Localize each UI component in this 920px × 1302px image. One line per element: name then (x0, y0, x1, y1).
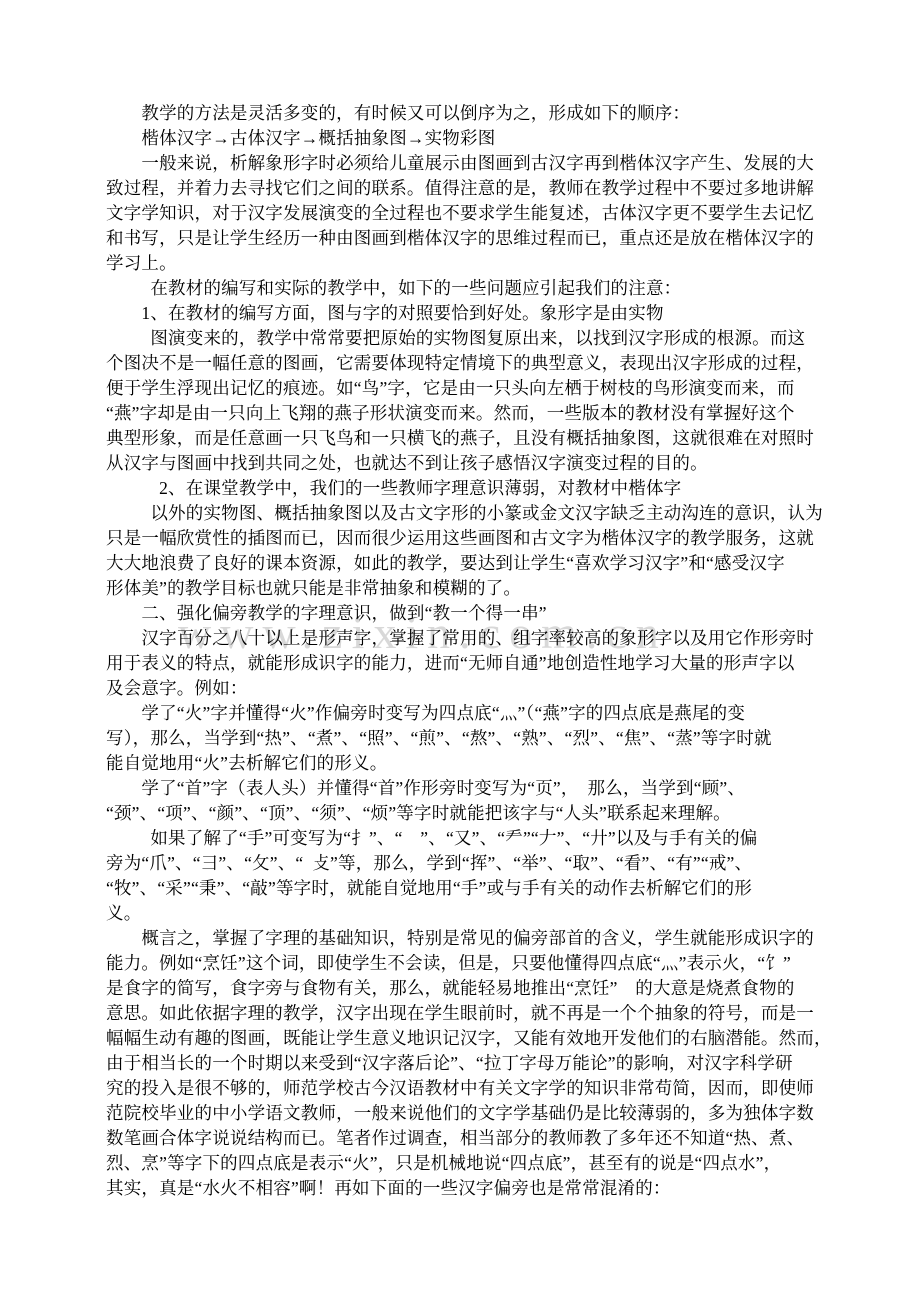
text-line: 概言之，掌握了字理的基础知识，特别是常见的偏旁部首的含义，学生就能形成识字的 (106, 926, 818, 951)
text-line: 烈、烹”等字下的四点底是表示“火”，只是机械地说“四点底”，甚至有的说是“四点水… (106, 1151, 818, 1176)
text-line: 2、在课堂教学中，我们的一些教师字理意识薄弱，对教材中楷体字 (106, 476, 818, 501)
text-line: 以外的实物图、概括抽象图以及古文字形的小篆或金文汉字缺乏主动沟连的意识，认为 (106, 501, 818, 526)
text-line: 意思。如此依据字理的教学，汉字出现在学生眼前时，就不再是一个个抽象的符号，而是一 (106, 1001, 818, 1026)
text-line: 究的投入是很不够的，师范学校古今汉语教材中有关文字学的知识非常苟简，因而，即使师 (106, 1076, 818, 1101)
text-line: 能自觉地用“火”去析解它们的形义。 (106, 751, 818, 776)
text-line: 致过程，并着力去寻找它们之间的联系。值得注意的是，教师在教学过程中不要过多地讲解 (106, 176, 818, 201)
text-line: “颈”、“项”、“颜”、“顶”、“须”、“烦”等字时就能把该字与“人头”联系起来… (106, 801, 818, 826)
text-line: 学习上。 (106, 251, 818, 276)
text-line: 用于表义的特点，就能形成识字的能力，进而“无师自通”地创造性地学习大量的形声字以 (106, 651, 818, 676)
text-line: 其实，真是“水火不相容”啊！再如下面的一些汉字偏旁也是常常混淆的： (106, 1176, 818, 1201)
text-line: 形体美”的教学目标也就只能是非常抽象和模糊的了。 (106, 576, 818, 601)
text-line: 学了“火”字并懂得“火”作偏旁时变写为四点底“灬”（“燕”字的四点底是燕尾的变 (106, 701, 818, 726)
document-page: www.zixin.com.cn 教学的方法是灵活多变的，有时候又可以倒序为之，… (0, 0, 920, 1302)
text-line: 1、在教材的编写方面，图与字的对照要恰到好处。象形字是由实物 (106, 301, 818, 326)
text-line: 从汉字与图画中找到共同之处，也就达不到让孩子感悟汉字演变过程的目的。 (106, 451, 818, 476)
document-content: 教学的方法是灵活多变的，有时候又可以倒序为之，形成如下的顺序： 楷体汉字→古体汉… (106, 101, 818, 1201)
text-line: 旁为“爪”、“彐”、“攵”、“ 攴”等，那么，学到“挥”、“举”、“取”、“看”… (106, 851, 818, 876)
text-line: 一般来说，析解象形字时必须给儿童展示由图画到古汉字再到楷体汉字产生、发展的大 (106, 151, 818, 176)
text-line: 学了“首”字（表人头）并懂得“首”作形旁时变写为“页”， 那么，当学到“顾”、 (106, 776, 818, 801)
text-line: 幅幅生动有趣的图画，既能让学生意义地识记汉字，又能有效地开发他们的右脑潜能。然而… (106, 1026, 818, 1051)
text-line: “牧”、“采”“秉”、“敲”等字时，就能自觉地用“手”或与手有关的动作去析解它们… (106, 876, 818, 901)
text-line: 是食字的简写，食字旁与食物有关，那么，就能轻易地推出“烹饪” 的大意是烧煮食物的 (106, 976, 818, 1001)
text-line: 能力。例如“烹饪”这个词，即使学生不会读，但是，只要他懂得四点底“灬”表示火，“… (106, 951, 818, 976)
text-line: 二、强化偏旁教学的字理意识，做到“教一个得一串” (106, 601, 818, 626)
text-line: 教学的方法是灵活多变的，有时候又可以倒序为之，形成如下的顺序： (106, 101, 818, 126)
text-line: 大大地浪费了良好的课本资源，如此的教学，要达到让学生“喜欢学习汉字”和“感受汉字 (106, 551, 818, 576)
text-line: 义。 (106, 901, 818, 926)
text-line: 图演变来的，教学中常常要把原始的实物图复原出来，以找到汉字形成的根源。而这 (106, 326, 818, 351)
text-line: 写），那么，当学到“热”、“煮”、“照”、“煎”、“熬”、“熟”、“烈”、“焦”… (106, 726, 818, 751)
text-line: 如果了解了“手”可变写为“扌”、“ ”、“又”、“龵”“𠂇”、“廾”以及与手有关… (106, 826, 818, 851)
text-line: 个图决不是一幅任意的图画，它需要体现特定情境下的典型意义，表现出汉字形成的过程， (106, 351, 818, 376)
text-line: 楷体汉字→古体汉字→概括抽象图→实物彩图 (106, 126, 818, 151)
text-line: 文字学知识，对于汉字发展演变的全过程也不要求学生能复述，古体汉字更不要学生去记忆 (106, 201, 818, 226)
text-line: 及会意字。例如： (106, 676, 818, 701)
text-line: 只是一幅欣赏性的插图而已，因而很少运用这些画图和古文字为楷体汉字的教学服务，这就 (106, 526, 818, 551)
text-line: 和书写，只是让学生经历一种由图画到楷体汉字的思维过程而已，重点还是放在楷体汉字的 (106, 226, 818, 251)
text-line: 典型形象，而是任意画一只飞鸟和一只横飞的燕子，且没有概括抽象图，这就很难在对照时 (106, 426, 818, 451)
text-line: 数笔画合体字说说结构而已。笔者作过调查，相当部分的教师教了多年还不知道“热、煮、 (106, 1126, 818, 1151)
text-line: 由于相当长的一个时期以来受到“汉字落后论”、“拉丁字母万能论”的影响，对汉字科学… (106, 1051, 818, 1076)
text-line: 在教材的编写和实际的教学中，如下的一些问题应引起我们的注意： (106, 276, 818, 301)
text-line: 便于学生浮现出记忆的痕迹。如“鸟”字，它是由一只头向左栖于树枝的鸟形演变而来，而 (106, 376, 818, 401)
text-line: 汉字百分之八十以上是形声字，掌握了常用的、组字率较高的象形字以及用它作形旁时 (106, 626, 818, 651)
text-line: 范院校毕业的中小学语文教师，一般来说他们的文字学基础仍是比较薄弱的，多为独体字数 (106, 1101, 818, 1126)
text-line: “燕”字却是由一只向上飞翔的燕子形状演变而来。然而，一些版本的教材没有掌握好这个 (106, 401, 818, 426)
